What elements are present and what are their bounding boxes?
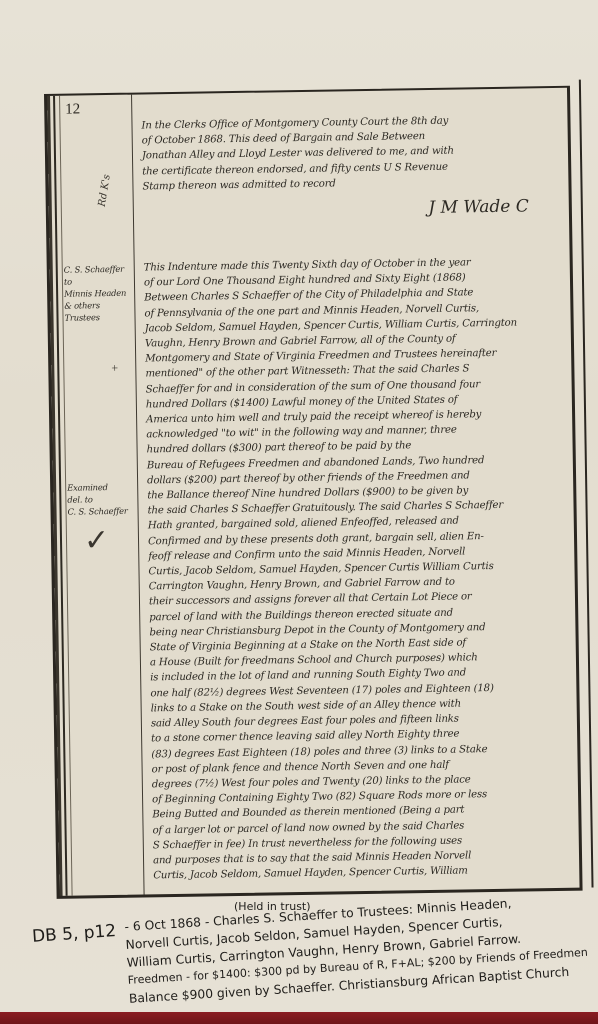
margin-note-parties: C. S. Schaeffer to Minnis Headen & other… bbox=[64, 263, 131, 324]
deed-book-page: 12 In the Clerks Office of Montgomery Co… bbox=[44, 86, 583, 899]
page-number: 12 bbox=[65, 101, 80, 118]
margin-line: to bbox=[64, 275, 130, 288]
red-tablecloth bbox=[0, 1012, 598, 1024]
margin-line: C. S. Schaeffer bbox=[67, 505, 133, 518]
recorded-mark: Rd K's bbox=[97, 174, 113, 208]
plus-mark: + bbox=[111, 361, 118, 376]
margin-note-examined: Examined del. to C. S. Schaeffer bbox=[67, 481, 134, 518]
margin-line: C. S. Schaeffer bbox=[64, 263, 130, 276]
margin-line: Examined bbox=[67, 481, 133, 494]
clerk-certificate: In the Clerks Office of Montgomery Count… bbox=[141, 112, 552, 194]
margin-line: del. to bbox=[67, 493, 133, 506]
margin-line: & others Trustees bbox=[64, 299, 130, 324]
deed-text: This Indenture made this Twenty Sixth da… bbox=[144, 254, 568, 884]
clerk-signature: J M Wade C bbox=[428, 196, 529, 218]
check-mark-icon: ✓ bbox=[84, 523, 110, 558]
margin-line: Minnis Headen bbox=[64, 287, 130, 300]
